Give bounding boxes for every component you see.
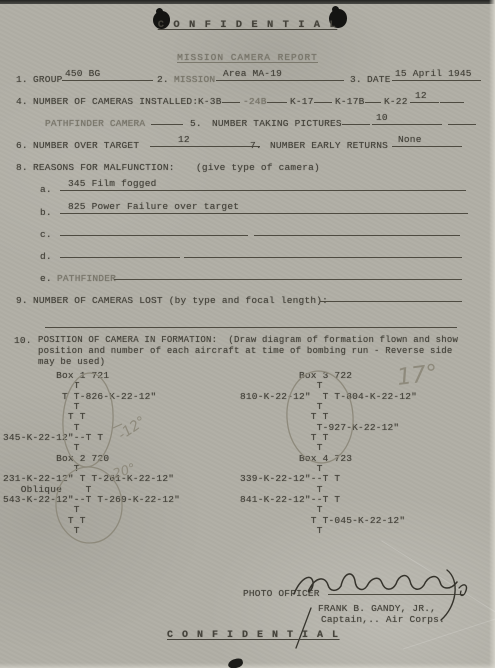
signature-scrawl — [294, 574, 457, 594]
scanned-document: C O N F I D E N T I A L MISSION CAMERA R… — [0, 0, 495, 668]
classification-footer: C O N F I D E N T I A L — [167, 630, 340, 641]
signature-jr-mark — [459, 585, 466, 596]
signature-overlay — [0, 0, 495, 668]
signature-descender — [441, 570, 455, 620]
signature-flourish — [296, 608, 311, 648]
